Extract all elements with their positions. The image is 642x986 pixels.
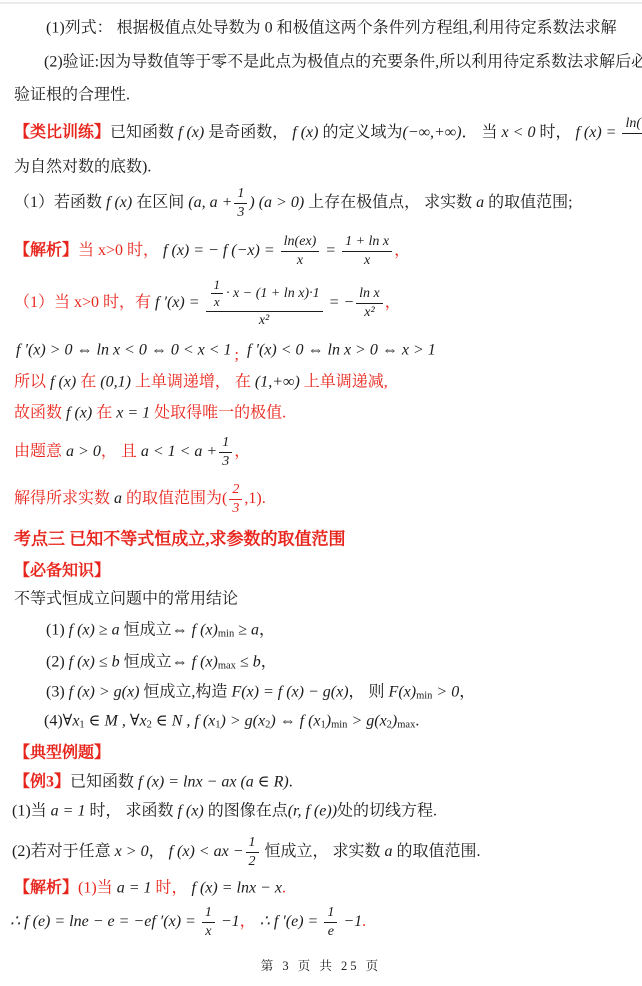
text-segment: (2)验证:因为导数值等于零不是此点为极值点的充要条件,所以利用待定系数法求解后… — [44, 50, 642, 73]
math-segment: (1,+∞) — [255, 370, 300, 393]
text-segment: (1) — [46, 618, 69, 641]
subscript: 2 — [387, 717, 392, 732]
example-question-1-line: (1)当 a = 1 时， 求函数 f (x) 的图像在点(r, f (e))处… — [12, 799, 437, 822]
text-segment: ． 当 — [462, 121, 502, 144]
subscript: min — [331, 717, 347, 732]
math-segment: (−∞,+∞) — [402, 121, 461, 144]
derivative-formula-line: （1）当 x>0 时，有 f ′(x) = 1x· x − (1 + ln x)… — [14, 277, 401, 329]
fraction-denominator: x — [211, 294, 223, 310]
math-segment: ∴ f ′(e) = — [256, 910, 323, 933]
math-segment: f ′(x) < 0 ⇔ ln x > 0 ⇔ x > 1 — [247, 338, 436, 361]
fraction-numerator: ln(−ex) — [622, 115, 642, 134]
math-segment: f (x) — [106, 191, 132, 214]
math-segment: ) (a > 0) — [249, 191, 304, 214]
text-segment: ， 则 — [349, 680, 389, 703]
text-segment: 不等式恒成立问题中的常用结论 — [14, 587, 238, 610]
fraction-numerator: 1x· x − (1 + ln x)·1 — [206, 277, 323, 312]
math-segment: a = 1 — [117, 876, 152, 899]
fraction: ln(−ex)x — [622, 115, 642, 151]
math-segment: ∈ N , f (x — [152, 709, 215, 732]
text-segment: . — [289, 770, 293, 793]
text-segment: 的取值范围; — [484, 191, 572, 214]
paragraph-line: 为自然对数的底数). — [14, 155, 151, 178]
knowledge-intro-line: 不等式恒成立问题中的常用结论 — [14, 587, 238, 610]
text-segment: ， — [459, 680, 475, 703]
subscript: min — [218, 626, 234, 641]
conclusion-item-1: (1) f (x) ≥ a 恒成立⇔ f (x)min ≥ a， — [46, 618, 275, 641]
fraction: 1 + ln xx — [342, 233, 392, 269]
text-segment: (1)列式： 根据极值点处导数为 0 和极值这两个条件列方程组,利用待定系数法求… — [46, 16, 617, 39]
math-segment: · x − (1 + ln x)·1 — [226, 285, 320, 303]
conclusion-line: 故函数 f (x) 在 x = 1 处取得唯一的极值. — [14, 401, 286, 424]
text-segment: 处的切线方程. — [337, 799, 437, 822]
text-segment: (2)若对于任意 — [12, 840, 115, 863]
math-segment: (r, f (e)) — [288, 799, 337, 822]
text-segment: 恒成立⇔ — [120, 618, 192, 641]
math-segment: x > 0 — [115, 840, 149, 863]
fraction: 1x — [202, 904, 215, 940]
text-segment: （1）若函数 — [14, 191, 106, 214]
math-segment: f (x) = − f (−x) = — [163, 239, 279, 262]
math-segment: > 0 — [432, 680, 459, 703]
red-text-segment: 所以 — [14, 370, 50, 393]
fraction-numerator: 1 — [324, 904, 337, 923]
page-number-footer: 第 3 页 共 25 页 — [0, 956, 642, 974]
fraction: 1x — [211, 277, 224, 311]
fraction-numerator: 1 — [211, 277, 224, 294]
math-segment: f (x) — [192, 618, 218, 641]
red-text-segment: （1）当 x>0 时，有 — [14, 291, 155, 314]
red-text-segment: 在 — [92, 401, 116, 424]
fraction: 12 — [246, 834, 259, 870]
solution-line: 【解析】(1)当 a = 1 时， f (x) = lnx − x. — [14, 876, 286, 899]
fraction-denominator: x — [202, 923, 214, 941]
math-segment: f (x) = lnx − ax (a ∈ R) — [138, 770, 289, 793]
fraction-numerator: ln(ex) — [281, 233, 320, 252]
red-text-segment: 上单调递减, — [300, 370, 388, 393]
math-segment: a > 0 — [66, 440, 101, 463]
fraction-denominator: x — [361, 252, 373, 270]
math-segment: F(x) — [389, 680, 417, 703]
fraction: 13 — [219, 434, 232, 470]
example-3-line: 【例3】已知函数 f (x) = lnx − ax (a ∈ R). — [14, 770, 293, 793]
fraction-numerator: 1 — [234, 185, 247, 204]
fraction: ln xx² — [356, 285, 383, 321]
red-text-segment: 时， — [151, 876, 191, 899]
red-text-segment: 当 x>0 时， — [78, 239, 163, 262]
fraction-numerator: ln x — [356, 285, 383, 304]
text-segment: 在区间 — [132, 191, 188, 214]
typical-examples-heading: 【典型例题】 — [14, 741, 110, 764]
fraction-numerator: 1 — [202, 904, 215, 923]
subscript: max — [397, 717, 415, 732]
example-3-tag: 【例3】 — [14, 770, 70, 793]
red-semicolon: ; — [235, 343, 239, 366]
text-segment: (4) — [44, 709, 63, 732]
red-text-segment: 由题意 — [14, 440, 66, 463]
math-segment: (a, a + — [188, 191, 232, 214]
math-segment: x < 0 — [502, 121, 536, 144]
text-segment: 恒成立,构造 — [139, 680, 231, 703]
math-segment: f ′(x) = — [155, 291, 204, 314]
text-segment: ， — [259, 618, 275, 641]
subscript: 1 — [215, 717, 220, 732]
heading-text: 考点三 已知不等式恒成立,求参数的取值范围 — [14, 528, 346, 553]
text-segment: 恒成立⇔ — [120, 650, 192, 673]
subscript: 1 — [321, 717, 326, 732]
math-segment: f (x) — [50, 370, 76, 393]
fraction: ln(ex)x — [281, 233, 320, 269]
math-segment: f (x) = — [575, 121, 620, 144]
red-text-segment: 处取得唯一的极值. — [150, 401, 286, 424]
math-segment: f (x) — [292, 121, 318, 144]
answer-line: 解得所求实数 a 的取值范围为(23,1). — [14, 481, 266, 517]
text-segment: 是奇函数， — [204, 121, 292, 144]
math-segment: a = 1 — [51, 799, 86, 822]
math-segment: > g(x — [347, 709, 386, 732]
paragraph-line: (2)验证:因为导数值等于零不是此点为极值点的充要条件,所以利用待定系数法求解后… — [44, 50, 642, 73]
math-segment: ) ⇔ f (x — [270, 709, 320, 732]
red-text-segment: 上单调递增， 在 — [131, 370, 255, 393]
fraction-denominator: 2 — [246, 853, 259, 871]
subscript: min — [416, 688, 432, 703]
red-text-segment: ， — [240, 910, 256, 933]
fraction-denominator: 3 — [234, 204, 247, 222]
math-segment: ) > g(x — [221, 709, 266, 732]
conclusion-item-4: (4)∀x1 ∈ M , ∀x2 ∈ N , f (x1) > g(x2) ⇔ … — [44, 709, 419, 732]
fraction-numerator: 2 — [229, 481, 242, 500]
math-segment: f ′(x) = — [151, 910, 200, 933]
red-text-segment: . — [282, 876, 286, 899]
math-segment: f (x) — [177, 799, 203, 822]
subscript: 2 — [265, 717, 270, 732]
math-segment: −1 — [217, 910, 240, 933]
subscript: max — [218, 658, 236, 673]
fraction-numerator: 1 + ln x — [342, 233, 392, 252]
math-segment: ≤ b — [236, 650, 261, 673]
fraction-numerator: 1 — [219, 434, 232, 453]
math-segment: −1 — [339, 910, 362, 933]
red-text-segment: (1)当 — [78, 876, 117, 899]
text-segment: 已知函数 — [70, 770, 138, 793]
text-segment: 的图像在点 — [204, 799, 288, 822]
red-text-segment: ,1). — [244, 487, 265, 510]
solution-tag: 【解析】 — [14, 239, 78, 262]
math-segment: F(x) = f (x) − g(x) — [231, 680, 348, 703]
document-page: (1)列式： 根据极值点处导数为 0 和极值这两个条件列方程组,利用待定系数法求… — [0, 0, 642, 986]
math-segment: f (x) > g(x) — [69, 680, 140, 703]
text-segment: (2) — [46, 650, 69, 673]
condition-line: 由题意 a > 0， 且 a < 1 < a +13， — [14, 434, 250, 470]
red-text-segment: 解得所求实数 — [14, 487, 114, 510]
text-segment: 的取值范围. — [393, 840, 481, 863]
required-knowledge-heading: 【必备知识】 — [14, 559, 110, 582]
solution-tag: 【解析】 — [14, 876, 78, 899]
math-segment: x = 1 — [116, 401, 150, 424]
math-segment: f ′(x) > 0 ⇔ ln x < 0 ⇔ 0 < x < 1 — [16, 338, 232, 361]
red-text-segment: ， 且 — [101, 440, 141, 463]
text-segment: 上存在极值点， 求实数 — [304, 191, 476, 214]
fraction: 13 — [234, 185, 247, 221]
text-segment: 验证根的合理性. — [14, 83, 130, 106]
conclusion-item-3: (3) f (x) > g(x) 恒成立,构造 F(x) = f (x) − g… — [46, 680, 475, 703]
math-segment: ∈ M , ∀x — [85, 709, 147, 732]
text-segment: ， — [149, 840, 169, 863]
text-segment: 为自然对数的底数). — [14, 155, 151, 178]
math-segment: f (x) = lnx − x — [192, 876, 282, 899]
subscript: 2 — [147, 717, 152, 732]
text-segment: 恒成立， 求实数 — [261, 840, 385, 863]
math-segment: f (x) < ax − — [169, 840, 244, 863]
heading-text: 【典型例题】 — [14, 741, 110, 764]
fraction: 1x· x − (1 + ln x)·1x² — [206, 277, 323, 329]
math-segment: f (x) ≥ a — [69, 618, 120, 641]
fraction-denominator: x — [294, 252, 306, 270]
fraction-denominator: e — [325, 923, 337, 941]
topic-3-heading: 考点三 已知不等式恒成立,求参数的取值范围 — [14, 528, 346, 553]
text-segment: ， — [261, 650, 277, 673]
math-segment: ≥ a — [234, 618, 259, 641]
math-segment: a — [385, 840, 393, 863]
red-text-segment: 故函数 — [14, 401, 66, 424]
math-segment: f (x) — [66, 401, 92, 424]
math-segment: a < 1 < a + — [141, 440, 217, 463]
fraction-numerator: 1 — [246, 834, 259, 853]
math-segment: ∴ f (e) = lne − e = −e — [10, 910, 151, 933]
math-segment: f (x) — [192, 650, 218, 673]
fraction-denominator: 3 — [219, 453, 232, 471]
math-segment: a — [476, 191, 484, 214]
red-text-segment: ， — [385, 291, 401, 314]
heading-text: 【必备知识】 — [14, 559, 110, 582]
text-segment: 时， 求函数 — [85, 799, 177, 822]
math-segment: = − — [325, 291, 355, 314]
text-segment: 已知函数 — [110, 121, 178, 144]
math-segment: f (x) ≤ b — [69, 650, 120, 673]
paragraph-line: (1)列式： 根据极值点处导数为 0 和极值这两个条件列方程组,利用待定系数法求… — [46, 16, 617, 39]
math-segment: ∀x — [63, 709, 80, 732]
text-segment: . — [415, 709, 419, 732]
page-top-divider — [0, 2, 642, 4]
math-segment: a — [114, 487, 122, 510]
math-segment: f (x) — [178, 121, 204, 144]
fraction-denominator: 3 — [229, 500, 242, 518]
text-segment: 的定义域为 — [318, 121, 402, 144]
red-text-segment: . — [362, 910, 366, 933]
text-segment: (1)当 — [12, 799, 51, 822]
fraction: 23 — [229, 481, 242, 517]
text-segment: 时， — [535, 121, 575, 144]
solution-line: 【解析】当 x>0 时， f (x) = − f (−x) = ln(ex)x … — [14, 233, 410, 269]
text-segment: (3) — [46, 680, 69, 703]
red-text-segment: ， — [394, 239, 410, 262]
example-question-2-line: (2)若对于任意 x > 0， f (x) < ax −12 恒成立， 求实数 … — [12, 834, 481, 870]
conclusion-item-2: (2) f (x) ≤ b 恒成立⇔ f (x)max ≤ b， — [46, 650, 277, 673]
derivation-line: ∴ f (e) = lne − e = −ef ′(x) = 1x −1， ∴ … — [10, 904, 366, 940]
paragraph-line: 验证根的合理性. — [14, 83, 130, 106]
training-problem-line: 【类比训练】已知函数 f (x) 是奇函数， f (x) 的定义域为(−∞,+∞… — [14, 115, 642, 151]
fraction-denominator: x² — [256, 312, 272, 330]
red-text-segment: 在 — [76, 370, 100, 393]
math-segment: = — [321, 239, 340, 262]
fraction: 1e — [324, 904, 337, 940]
fraction-denominator: x² — [361, 304, 377, 322]
conclusion-line: 所以 f (x) 在 (0,1) 上单调递增， 在 (1,+∞) 上单调递减, — [14, 370, 388, 393]
red-text-segment: ， — [234, 440, 250, 463]
red-text-segment: 的取值范围为( — [122, 487, 227, 510]
subscript: 1 — [79, 717, 84, 732]
analogy-training-tag: 【类比训练】 — [14, 121, 110, 144]
monotonicity-condition-line: f ′(x) > 0 ⇔ ln x < 0 ⇔ 0 < x < 1;f ′(x)… — [16, 338, 436, 361]
math-segment: (0,1) — [100, 370, 131, 393]
question-1-line: （1）若函数 f (x) 在区间 (a, a +13) (a > 0) 上存在极… — [14, 185, 573, 221]
